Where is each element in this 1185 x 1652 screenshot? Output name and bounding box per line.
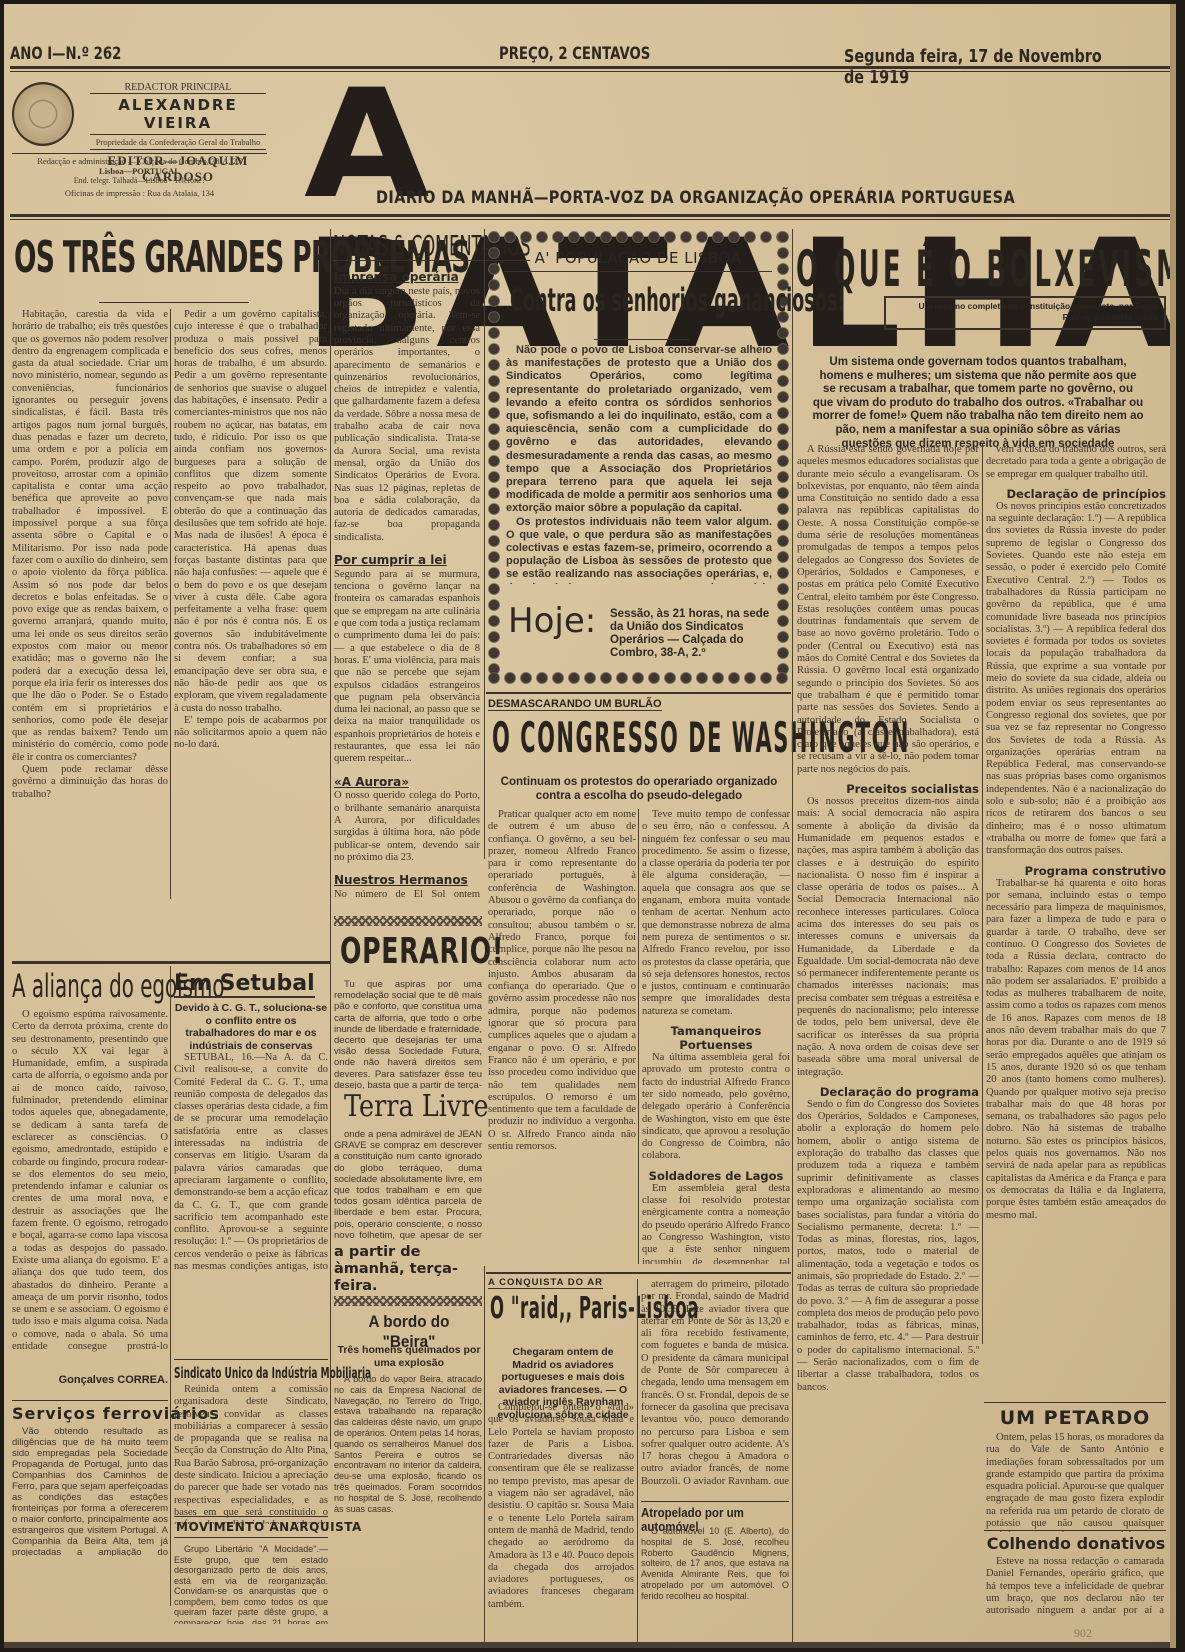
column-divider [170,309,171,899]
notas-item-head: Imprensa operária [334,269,480,286]
washington-col2: Teve muito tempo de confessar o seu êrro… [642,809,790,1264]
washington-col1: Praticar qualquer acto em nome de outrem… [488,809,636,1264]
headline-underline [99,302,249,303]
printing-line: Oficinas de impressão : Rua da Atalaia, … [12,188,267,198]
address-block: Redacção e administração — Calçada do Co… [12,156,267,198]
servicos-body: Vão obtendo resultado as diligências que… [12,1426,168,1556]
column-divider [638,809,639,1264]
section-title: Declaração do programa [797,1085,979,1099]
masthead-rule [10,214,1170,217]
headline-setubal: Em Setubal [174,971,315,998]
section-rule [641,1501,789,1502]
washington-kicker: DESMASCARANDO UM BURLÃO [488,698,662,711]
newspaper-page: ANO I—N.º 262 PREÇO, 2 CENTAVOS Segunda … [4,4,1176,1648]
beira-body: A bordo do vapor Beira, atracado no cais… [334,1374,482,1639]
washington-subhead: Continuam os protestos do operariado org… [494,776,784,804]
page-bottom-edge [4,1642,1176,1648]
notas-item-text: Dia a dia surgem neste país, novos orgão… [334,286,480,544]
notas-column: Imprensa operária Dia a dia surgem neste… [334,269,480,899]
section-title: Programa construtivo [986,864,1166,878]
headline-operario: OPERARIO! [340,934,504,970]
alianca-body: O egoismo espúma raivosamente. Certo da … [12,1009,168,1354]
bolxevismo-byline-box: Um resumo completo da constituição bolxe… [884,296,1166,330]
headline-donativos: Colhendo donativos [986,1534,1166,1553]
masthead-tagline: DIÁRIO DA MANHÃ—PORTA-VOZ DA ORGANIZAÇÃO… [376,188,1015,208]
section-rule [12,961,330,964]
section-title: Soldadores de Lagos [642,1169,790,1183]
ornamental-rule [334,1296,482,1306]
city-line: Lisboa—PORTUGAL [12,166,267,176]
setubal-body: SETUBAL, 16.—Na A. da C. Civil realisou-… [174,1052,328,1272]
bolxevismo-col1: A Rússia está sendo governada hoje por a… [797,444,979,1644]
section-rule [984,1402,1166,1403]
headline-underline [594,339,689,340]
section-rule [486,692,791,694]
telegraph-line: End. telegr. Talhadá—Lisboa • Telefone? [12,176,267,185]
bolxevismo-lead: Um sistema onde governam todos quantos t… [812,356,1144,451]
tres-problemas-col2: Pedir a um govêrno capitalista, cujo int… [174,309,327,899]
property-line: Propriedade da Confederação Geral do Tra… [90,134,266,150]
section-rule [486,1272,791,1274]
column-divider [484,229,485,859]
beira-subhead: Três homens queimados por uma explosão [334,1344,484,1369]
atropelado-body: O automóvel 10 (E. Alberto), do hospital… [641,1526,789,1636]
mobiliaria-body: Reúnida ontem a comissão organisadora de… [174,1384,328,1524]
column-divider [484,1266,485,1646]
bolxevismo-col2: vem à custa do trabalho dos outros, será… [986,444,1166,1349]
section-rule [174,1516,328,1517]
setubal-subhead: Devido à C. G. T., soluciona-se o confli… [174,1002,328,1052]
bead-border-bottom [486,670,791,686]
populacao-kicker: A' POPULAÇÃO DE LISBOA [504,249,772,272]
populacao-body: Não pode o povo de Lisboa conservar-se a… [506,344,772,584]
bead-border-left [486,229,502,679]
headline-petardo: UM PETARDO [984,1407,1166,1429]
alianca-author: Gonçalves CORREA. [12,1374,168,1386]
operario-cta: a partir de àmanhã, terça-feira. [334,1244,484,1295]
section-title: Declaração de princípios [986,487,1166,501]
column-divider [170,966,171,1606]
section-rule [12,1400,168,1401]
column-divider [792,229,793,1648]
raid-col2: aterragem do primeiro, pilotado por mr. … [641,1279,789,1484]
raid-col1: Completou-se ontem o «raid» que os aviad… [488,1402,634,1642]
issue-number: ANO I—N.º 262 [10,44,121,64]
section-rule [174,1537,328,1538]
raid-kicker: A CONQUISTA DO AR [488,1277,603,1289]
hoje-label: Hoje: [508,601,596,641]
notas-item-text: Segundo para aí se murmura, tenciona o g… [334,569,480,766]
top-rule [10,66,1170,69]
bead-border-top [486,229,791,245]
redactor-name: ALEXANDRE VIEIRA [90,96,266,132]
redactor-label: REDACTOR PRINCIPAL [90,82,266,94]
header-divider [12,153,267,154]
notas-item-head: «A Aurora» [334,774,480,791]
section-rule [174,1359,328,1360]
cgt-seal-icon [12,82,74,146]
notas-item-text: No número de El Sol ontem chegado a Lisb… [334,889,480,899]
operario-body2: onde a pena admirável de JEAN GRAVE se c… [334,1129,482,1241]
notas-item-text: O nosso querido colega do Porto, o brilh… [334,790,480,864]
section-title: Preceitos socialistas [797,782,979,796]
page-mark: 902 [1074,1626,1092,1641]
ornamental-rule [334,916,482,926]
column-divider [330,229,331,1449]
notas-item-head: Nuestros Hermanos [334,872,480,889]
price: PREÇO, 2 CENTAVOS [499,44,650,64]
operario-body: Tu que aspiras por uma remodelação socia… [334,979,482,1089]
hoje-session-info: Sessão, às 21 horas, na sede da União do… [610,608,772,660]
petardo-body: Ontem, pelas 15 horas, os moradores da r… [986,1432,1164,1532]
section-rule [984,1530,1166,1531]
address-line: Redacção e administração — Calçada do Co… [12,156,267,166]
column-divider [982,444,983,1344]
section-title: Tamanqueiros Portuenses [642,1024,790,1052]
anarquista-body: Grupo Libertário "A Mocidade".—Este grup… [174,1544,328,1624]
headline-bolxevismo: O QUE É O BOLXEVISMO? [796,244,1176,294]
donativos-body: Esteve na nossa redacção o camarada Dani… [986,1556,1164,1616]
column-divider [637,1279,638,1648]
masthead-rule-thin [10,219,1170,220]
notas-item-head: Por cumprir a lei [334,552,480,569]
tres-problemas-col1: Habitação, carestia da vida e horário de… [12,309,168,899]
feature-terra-livre: Terra Livre [344,1089,489,1124]
